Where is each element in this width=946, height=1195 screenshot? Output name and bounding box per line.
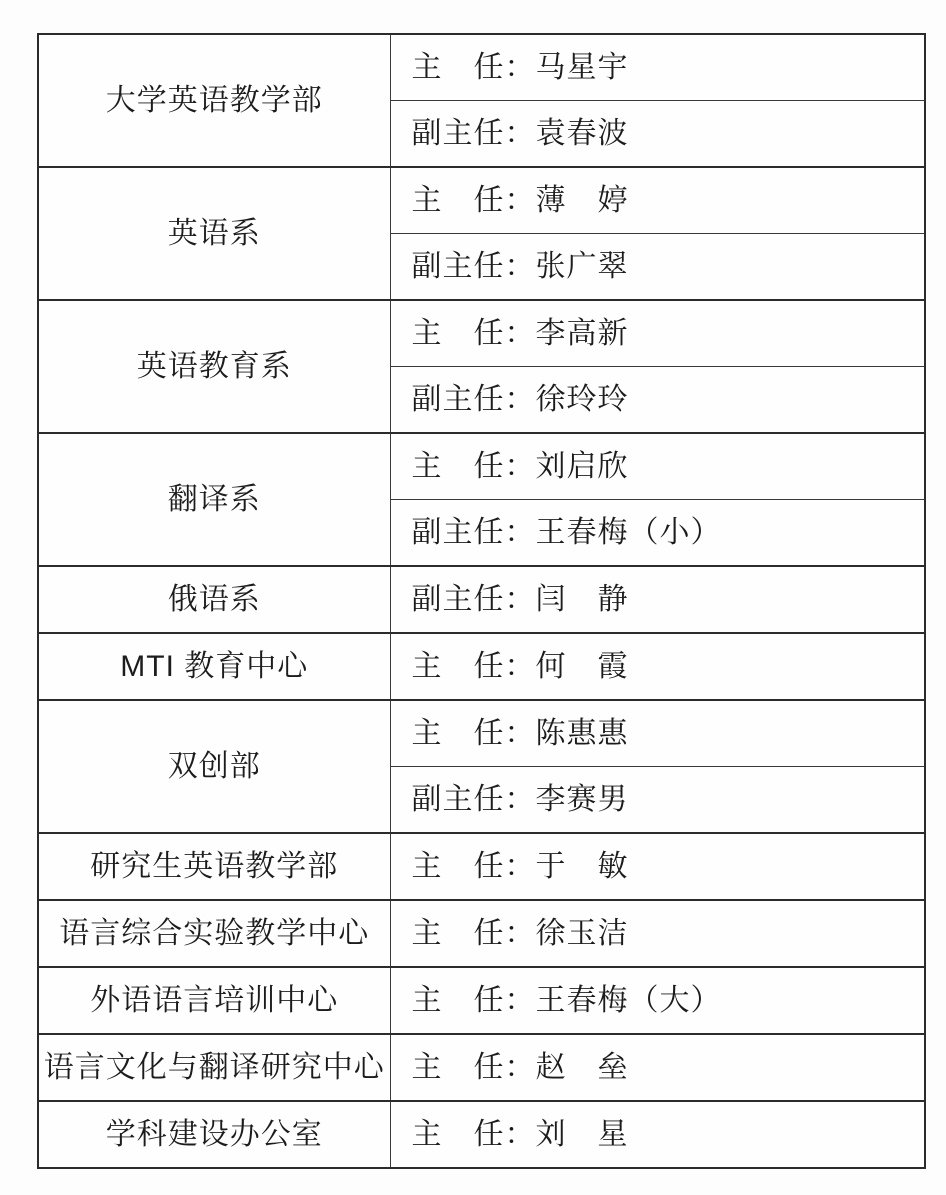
org-table: 大学英语教学部 主 任：马星宇 副主任：袁春波 英语系 主 任：薄 婷 副主任：… bbox=[37, 33, 926, 1169]
role-name-cell: 主 任：李高新 bbox=[390, 300, 925, 367]
table-row: MTI 教育中心 主 任：何 霞 bbox=[38, 633, 925, 700]
person-name: 刘启欣 bbox=[536, 450, 629, 483]
department-cell: 研究生英语教学部 bbox=[38, 833, 390, 900]
role-name-cell: 主 任：马星宇 bbox=[390, 34, 925, 101]
department-cell: 语言文化与翻译研究中心 bbox=[38, 1034, 390, 1101]
department-cell: 大学英语教学部 bbox=[38, 34, 390, 167]
role-name-cell: 主 任：陈惠惠 bbox=[390, 700, 925, 767]
role-label: 主 任： bbox=[412, 1118, 536, 1151]
role-name-cell: 副主任：袁春波 bbox=[390, 101, 925, 168]
role-name-cell: 副主任：张广翠 bbox=[390, 234, 925, 301]
table-row: 语言综合实验教学中心 主 任：徐玉洁 bbox=[38, 900, 925, 967]
person-name: 刘 星 bbox=[536, 1118, 629, 1151]
role-label: 主 任： bbox=[412, 317, 536, 350]
role-name-cell: 主 任：刘 星 bbox=[390, 1101, 925, 1168]
person-name: 王春梅（大） bbox=[536, 984, 722, 1017]
person-name: 薄 婷 bbox=[536, 184, 629, 217]
role-label: 主 任： bbox=[412, 51, 536, 84]
role-name-cell: 主 任：何 霞 bbox=[390, 633, 925, 700]
role-name-cell: 副主任：闫 静 bbox=[390, 566, 925, 633]
person-name: 马星宇 bbox=[536, 51, 629, 84]
role-label: 副主任： bbox=[412, 383, 536, 416]
role-name-cell: 主 任：于 敏 bbox=[390, 833, 925, 900]
role-name-cell: 副主任：徐玲玲 bbox=[390, 367, 925, 434]
role-label: 主 任： bbox=[412, 184, 536, 217]
department-cell: 双创部 bbox=[38, 700, 390, 833]
person-name: 何 霞 bbox=[536, 650, 629, 683]
role-name-cell: 主 任：赵 垒 bbox=[390, 1034, 925, 1101]
person-name: 赵 垒 bbox=[536, 1051, 629, 1084]
role-name-cell: 主 任：徐玉洁 bbox=[390, 900, 925, 967]
table-row: 英语系 主 任：薄 婷 bbox=[38, 167, 925, 234]
role-label: 副主任： bbox=[412, 516, 536, 549]
role-label: 主 任： bbox=[412, 1051, 536, 1084]
table-row: 大学英语教学部 主 任：马星宇 bbox=[38, 34, 925, 101]
role-name-cell: 副主任：李赛男 bbox=[390, 767, 925, 834]
role-name-cell: 主 任：薄 婷 bbox=[390, 167, 925, 234]
table-row: 外语语言培训中心 主 任：王春梅（大） bbox=[38, 967, 925, 1034]
role-label: 副主任： bbox=[412, 783, 536, 816]
role-label: 主 任： bbox=[412, 450, 536, 483]
role-label: 副主任： bbox=[412, 583, 536, 616]
person-name: 陈惠惠 bbox=[536, 717, 629, 750]
table-row: 翻译系 主 任：刘启欣 bbox=[38, 433, 925, 500]
table-row: 英语教育系 主 任：李高新 bbox=[38, 300, 925, 367]
role-label: 主 任： bbox=[412, 850, 536, 883]
department-cell: 俄语系 bbox=[38, 566, 390, 633]
role-label: 主 任： bbox=[412, 650, 536, 683]
role-label: 主 任： bbox=[412, 717, 536, 750]
person-name: 袁春波 bbox=[536, 117, 629, 150]
role-name-cell: 副主任：王春梅（小） bbox=[390, 500, 925, 567]
department-cell: MTI 教育中心 bbox=[38, 633, 390, 700]
person-name: 张广翠 bbox=[536, 250, 629, 283]
table-row: 语言文化与翻译研究中心 主 任：赵 垒 bbox=[38, 1034, 925, 1101]
person-name: 李高新 bbox=[536, 317, 629, 350]
role-name-cell: 主 任：王春梅（大） bbox=[390, 967, 925, 1034]
table-row: 研究生英语教学部 主 任：于 敏 bbox=[38, 833, 925, 900]
person-name: 于 敏 bbox=[536, 850, 629, 883]
department-directory: 大学英语教学部 主 任：马星宇 副主任：袁春波 英语系 主 任：薄 婷 副主任：… bbox=[37, 33, 924, 1169]
role-label: 主 任： bbox=[412, 917, 536, 950]
table-row: 俄语系 副主任：闫 静 bbox=[38, 566, 925, 633]
table-row: 学科建设办公室 主 任：刘 星 bbox=[38, 1101, 925, 1168]
person-name: 徐玉洁 bbox=[536, 917, 629, 950]
table-row: 双创部 主 任：陈惠惠 bbox=[38, 700, 925, 767]
person-name: 李赛男 bbox=[536, 783, 629, 816]
department-cell: 英语系 bbox=[38, 167, 390, 300]
department-cell: 翻译系 bbox=[38, 433, 390, 566]
person-name: 徐玲玲 bbox=[536, 383, 629, 416]
department-cell: 语言综合实验教学中心 bbox=[38, 900, 390, 967]
department-cell: 学科建设办公室 bbox=[38, 1101, 390, 1168]
person-name: 王春梅（小） bbox=[536, 516, 722, 549]
role-name-cell: 主 任：刘启欣 bbox=[390, 433, 925, 500]
department-cell: 英语教育系 bbox=[38, 300, 390, 433]
department-cell: 外语语言培训中心 bbox=[38, 967, 390, 1034]
role-label: 副主任： bbox=[412, 250, 536, 283]
role-label: 主 任： bbox=[412, 984, 536, 1017]
person-name: 闫 静 bbox=[536, 583, 629, 616]
role-label: 副主任： bbox=[412, 117, 536, 150]
